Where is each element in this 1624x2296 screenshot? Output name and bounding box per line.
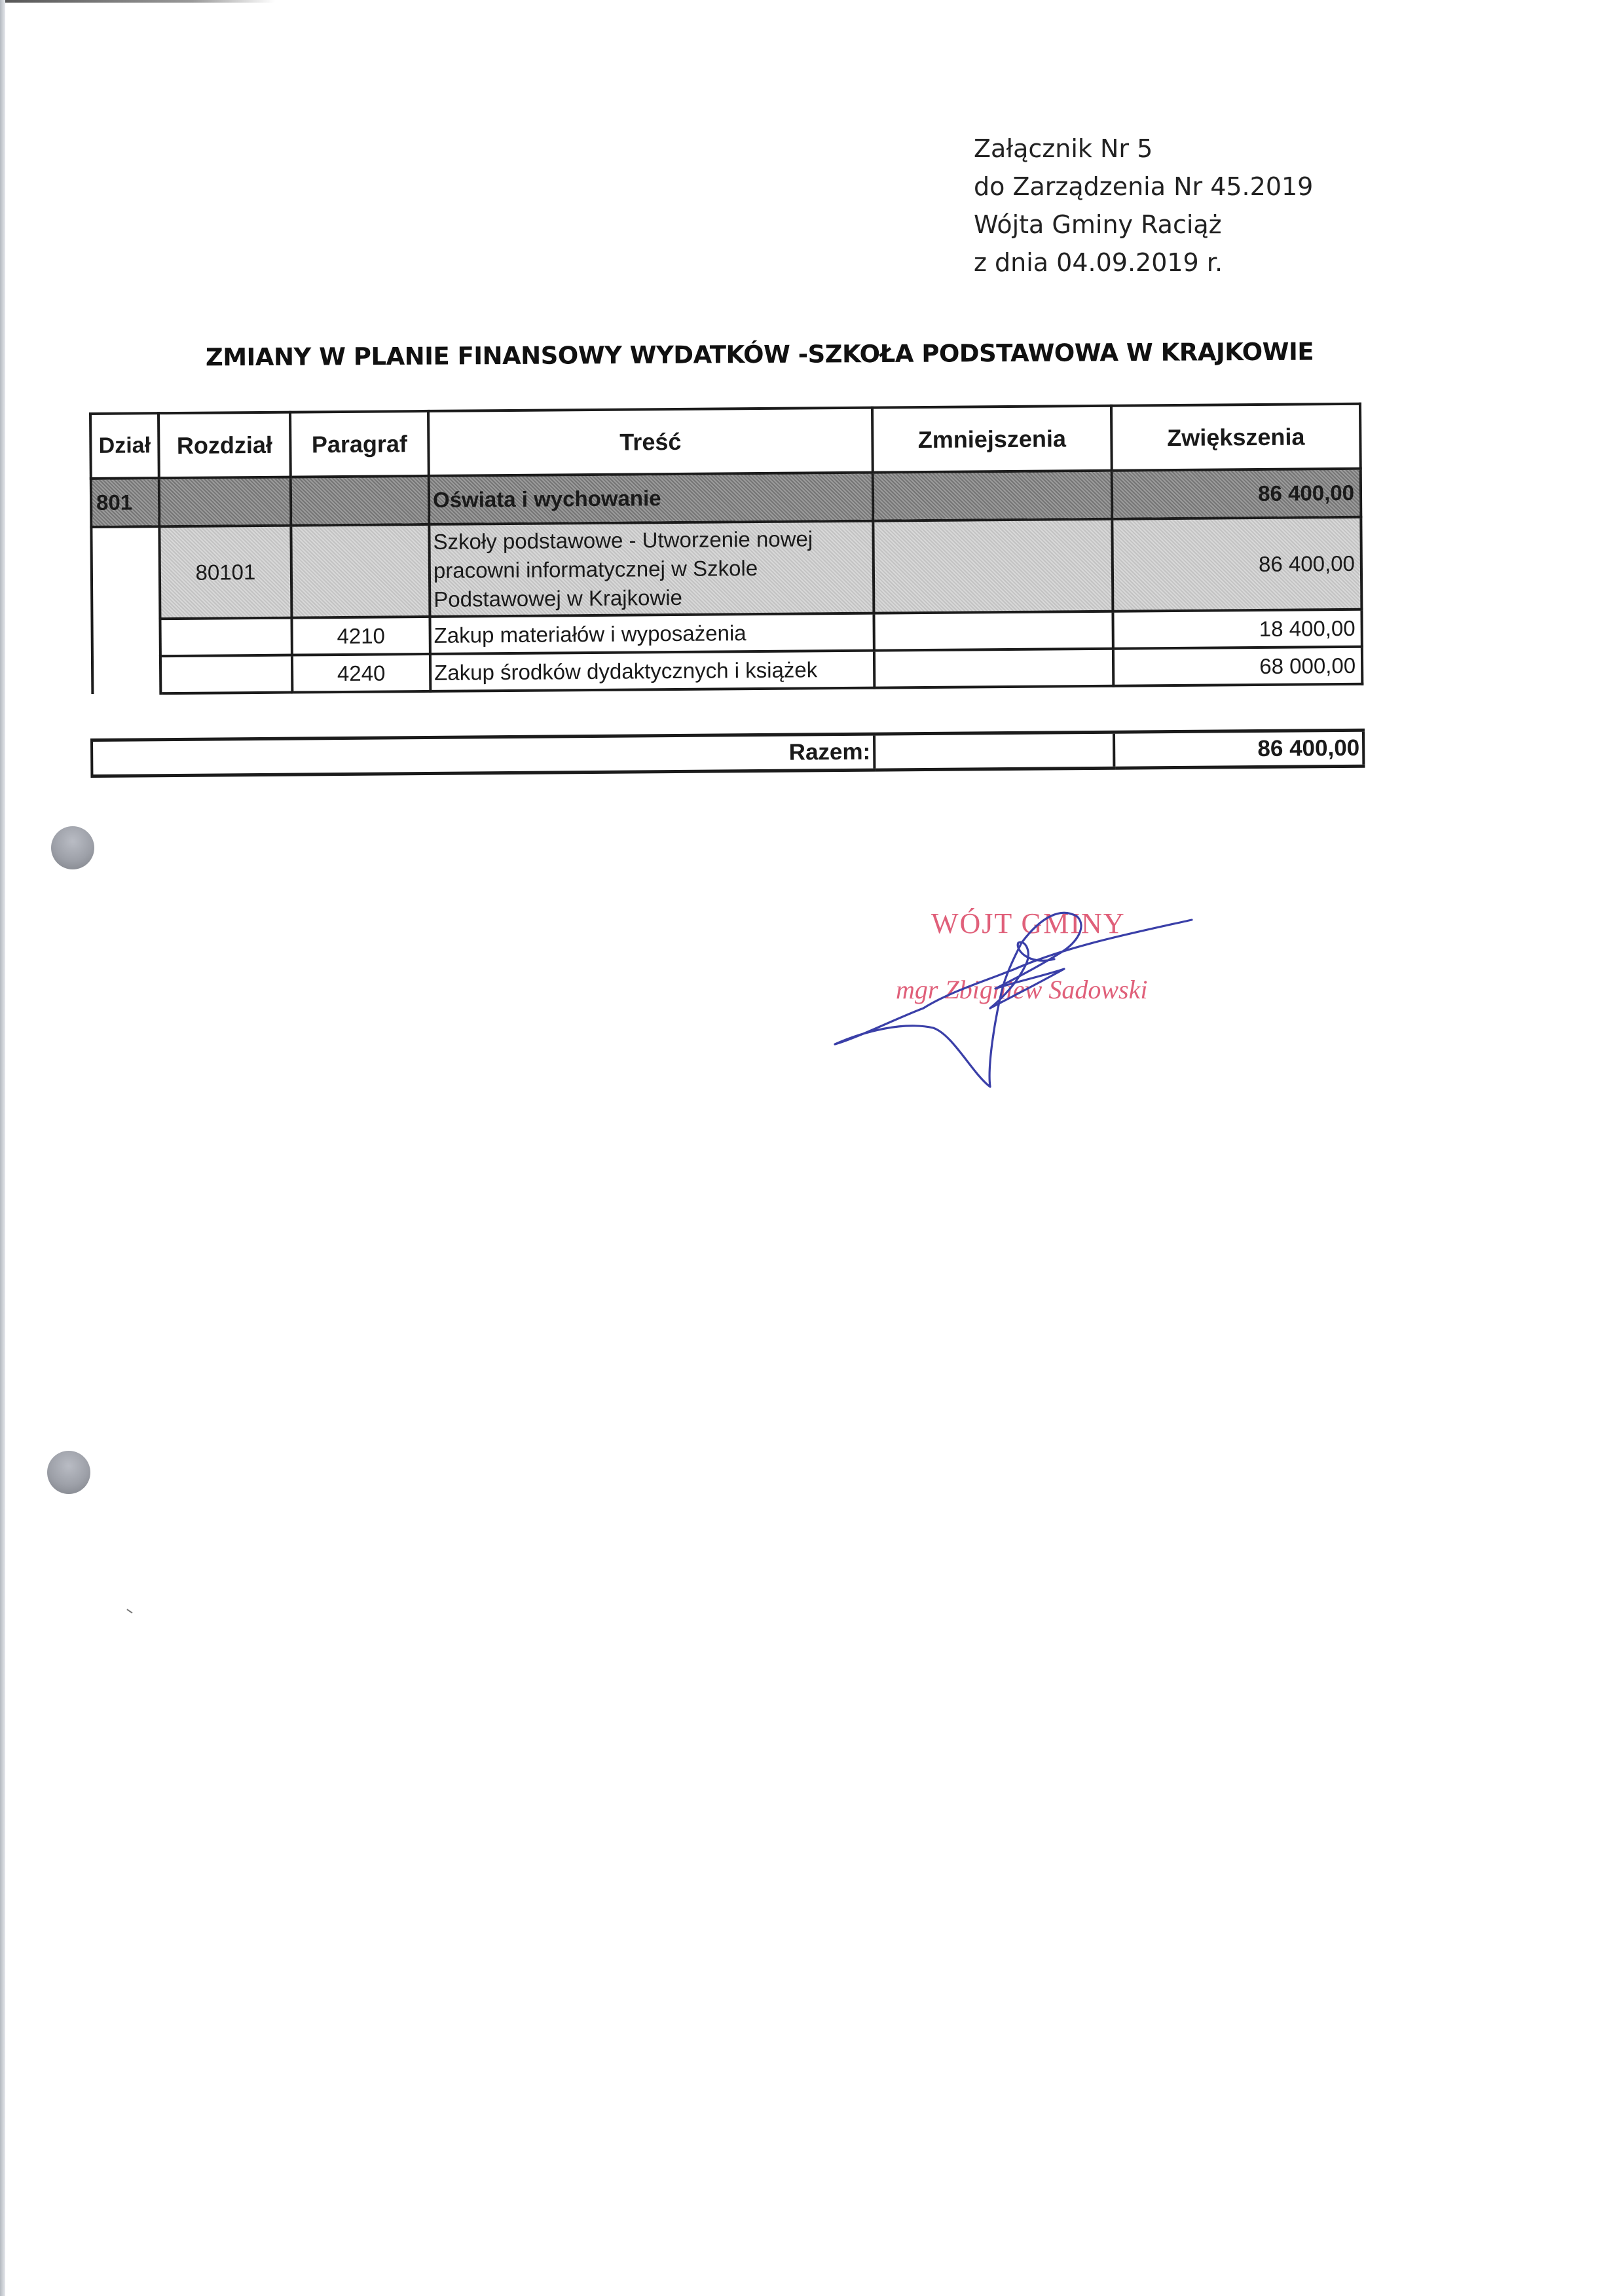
cell-rozdzial-code: 80101 [159,526,291,619]
cell-paragraf-rozdzial [160,655,292,694]
scan-edge-top [0,0,275,3]
cell-paragraf-rozdzial [160,618,291,657]
handwritten-signature-icon [819,877,1244,1139]
attachment-line-authority: Wójta Gminy Raciąż [974,206,1313,244]
cell-rozdzial-zwiekszenia: 86 400,00 [1112,517,1361,611]
cell-dzial-tresc: Oświata i wychowanie [429,473,874,524]
document-title: ZMIANY W PLANIE FINANSOWY WYDATKÓW -SZKO… [0,337,1519,373]
total-zwiekszenia: 86 400,00 [1114,730,1363,768]
cell-dzial-code: 801 [91,478,160,527]
cell-paragraf-zwiekszenia: 18 400,00 [1113,610,1361,649]
header-rozdzial: Rozdział [158,412,291,479]
cell-dzial-zwiekszenia: 86 400,00 [1112,469,1361,519]
punch-hole-upper [51,826,94,869]
cell-paragraf-code: 4240 [292,654,430,693]
header-dzial: Dział [90,413,159,479]
scan-speck [126,1609,132,1613]
table-row-rozdzial: 80101 Szkoły podstawowe - Utworzenie now… [91,517,1361,619]
cell-dzial-spacer [91,526,160,694]
table-header-row: Dział Rozdział Paragraf Treść Zmniejszen… [90,404,1361,479]
cell-paragraf-zwiekszenia: 68 000,00 [1113,647,1362,686]
attachment-line-number: Załącznik Nr 5 [974,130,1313,168]
total-row: Razem: 86 400,00 [92,730,1363,776]
cell-paragraf-zmniejszenia [874,649,1113,688]
header-zwiekszenia: Zwiększenia [1111,404,1361,471]
cell-rozdzial-zmniejszenia [873,519,1113,613]
total-table: Razem: 86 400,00 [90,729,1365,778]
cell-paragraf-zmniejszenia [874,611,1113,651]
cell-dzial-paragraf [291,476,430,526]
cell-dzial-rozdzial [159,477,291,527]
attachment-reference: Załącznik Nr 5 do Zarządzenia Nr 45.2019… [974,130,1313,282]
cell-paragraf-tresc: Zakup środków dydaktycznych i książek [430,651,874,691]
header-zmniejszenia: Zmniejszenia [872,406,1112,473]
header-tresc: Treść [428,408,873,476]
budget-changes-table: Dział Rozdział Paragraf Treść Zmniejszen… [89,403,1363,695]
header-paragraf: Paragraf [290,411,429,477]
punch-hole-lower [47,1451,90,1494]
cell-rozdzial-tresc: Szkoły podstawowe - Utworzenie nowej pra… [429,521,874,617]
total-label: Razem: [92,734,874,776]
cell-rozdzial-paragraf [291,524,430,618]
cell-paragraf-tresc: Zakup materiałów i wyposażenia [430,613,874,654]
attachment-line-ordinance: do Zarządzenia Nr 45.2019 [974,168,1313,206]
budget-changes-table-wrapper: Dział Rozdział Paragraf Treść Zmniejszen… [89,403,1363,695]
total-row-wrapper: Razem: 86 400,00 [90,729,1365,778]
attachment-line-date: z dnia 04.09.2019 r. [974,244,1313,282]
total-zmniejszenia [874,732,1114,770]
cell-paragraf-code: 4210 [291,617,430,655]
cell-dzial-zmniejszenia [873,471,1113,521]
